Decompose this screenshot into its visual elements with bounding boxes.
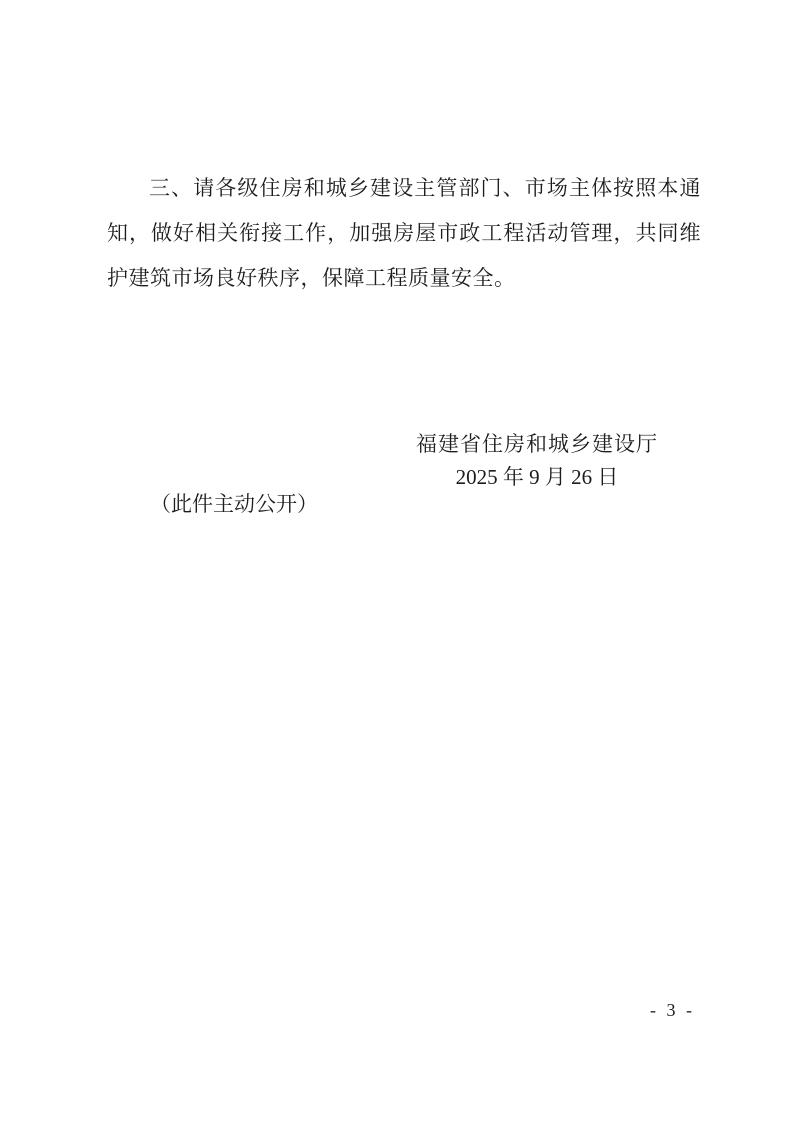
signature-date: 2025 年 9 月 26 日: [392, 461, 682, 494]
signature-block: 福建省住房和城乡建设厅 2025 年 9 月 26 日: [392, 428, 682, 494]
disclosure-note: （此件主动公开）: [150, 489, 318, 519]
signature-agency: 福建省住房和城乡建设厅: [392, 428, 682, 461]
document-page: 三、请各级住房和城乡建设主管部门、市场主体按照本通知，做好相关衔接工作，加强房屋…: [0, 0, 793, 1122]
body-paragraph-item-3: 三、请各级住房和城乡建设主管部门、市场主体按照本通知，做好相关衔接工作，加强房屋…: [107, 166, 701, 301]
page-number: - 3 -: [650, 1000, 695, 1021]
